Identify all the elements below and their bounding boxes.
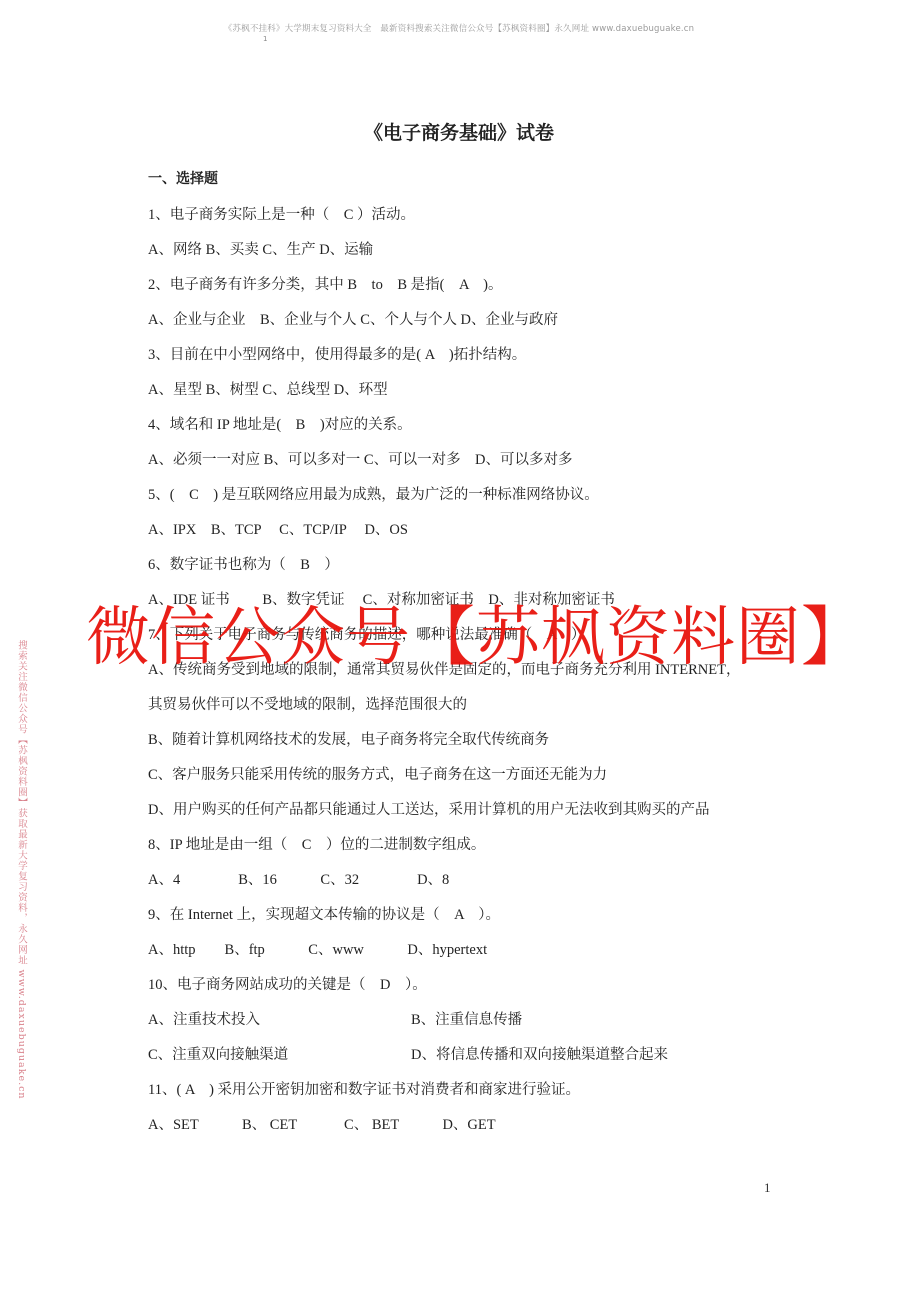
question-8: 8、IP 地址是由一组（ C ）位的二进制数字组成。 (148, 833, 485, 854)
page-number: 1 (764, 1180, 771, 1196)
question-10: 10、电子商务网站成功的关键是（ D ）。 (148, 973, 427, 994)
question-2-options: A、企业与企业 B、企业与个人 C、个人与个人 D、企业与政府 (148, 308, 558, 329)
page-title: 《电子商务基础》试卷 (0, 118, 918, 145)
question-7-option-c: C、客户服务只能采用传统的服务方式，电子商务在这一方面还无能为力 (148, 763, 607, 784)
question-5: 5、( C ) 是互联网络应用最为成熟，最为广泛的一种标准网络协议。 (148, 483, 599, 504)
question-11-options: A、SET B、 CET C、 BET D、GET (148, 1113, 496, 1134)
question-11: 11、( A ) 采用公开密钥加密和数字证书对消费者和商家进行验证。 (148, 1078, 580, 1099)
question-10-option-a: A、注重技术投入 (148, 1008, 260, 1029)
question-9: 9、在 Internet 上，实现超文本传输的协议是（ A ）。 (148, 903, 500, 924)
question-8-options: A、4 B、16 C、32 D、8 (148, 868, 449, 889)
document-page: 《苏枫不挂科》大学期末复习资料大全 最新资料搜索关注微信公众号【苏枫资料圈】永久… (0, 0, 918, 1298)
question-1-options: A、网络 B、买卖 C、生产 D、运输 (148, 238, 373, 259)
question-10-option-d: D、将信息传播和双向接触渠道整合起来 (411, 1043, 668, 1064)
question-4-options: A、必须一一对应 B、可以多对一 C、可以一对多 D、可以多对多 (148, 448, 573, 469)
question-1: 1、电子商务实际上是一种（ C ）活动。 (148, 203, 415, 224)
question-10-option-b: B、注重信息传播 (411, 1008, 522, 1029)
question-9-options: A、http B、ftp C、www D、hypertext (148, 938, 487, 959)
side-note: 搜索关注微信公众号【苏枫资料圈】获取最新大学复习资料，永久网址 www.daxu… (14, 640, 28, 1100)
section-heading: 一、选择题 (148, 168, 218, 188)
question-7-option-b: B、随着计算机网络技术的发展，电子商务将完全取代传统商务 (148, 728, 549, 749)
question-2: 2、电子商务有许多分类，其中 B to B 是指( A )。 (148, 273, 502, 294)
question-3-options: A、星型 B、树型 C、总线型 D、环型 (148, 378, 388, 399)
header-banner-text: 《苏枫不挂科》大学期末复习资料大全 最新资料搜索关注微信公众号【苏枫资料圈】永久… (224, 24, 695, 34)
question-7-option-d: D、用户购买的任何产品都只能通过人工送达，采用计算机的用户无法收到其购买的产品 (148, 798, 709, 819)
question-10-option-c: C、注重双向接触渠道 (148, 1043, 288, 1064)
watermark-overlay: 微信公众号【苏枫资料圈】 (86, 598, 866, 678)
question-5-options: A、IPX B、TCP C、TCP/IP D、OS (148, 518, 408, 539)
header-banner-mark: 1 (263, 35, 268, 43)
question-4: 4、域名和 IP 地址是( B )对应的关系。 (148, 413, 412, 434)
question-7-option-a-cont: 其贸易伙伴可以不受地域的限制，选择范围很大的 (148, 693, 467, 714)
question-6: 6、数字证书也称为（ B ） (148, 553, 339, 574)
header-banner: 《苏枫不挂科》大学期末复习资料大全 最新资料搜索关注微信公众号【苏枫资料圈】永久… (0, 22, 918, 34)
question-3: 3、目前在中小型网络中，使用得最多的是( A )拓扑结构。 (148, 343, 526, 364)
